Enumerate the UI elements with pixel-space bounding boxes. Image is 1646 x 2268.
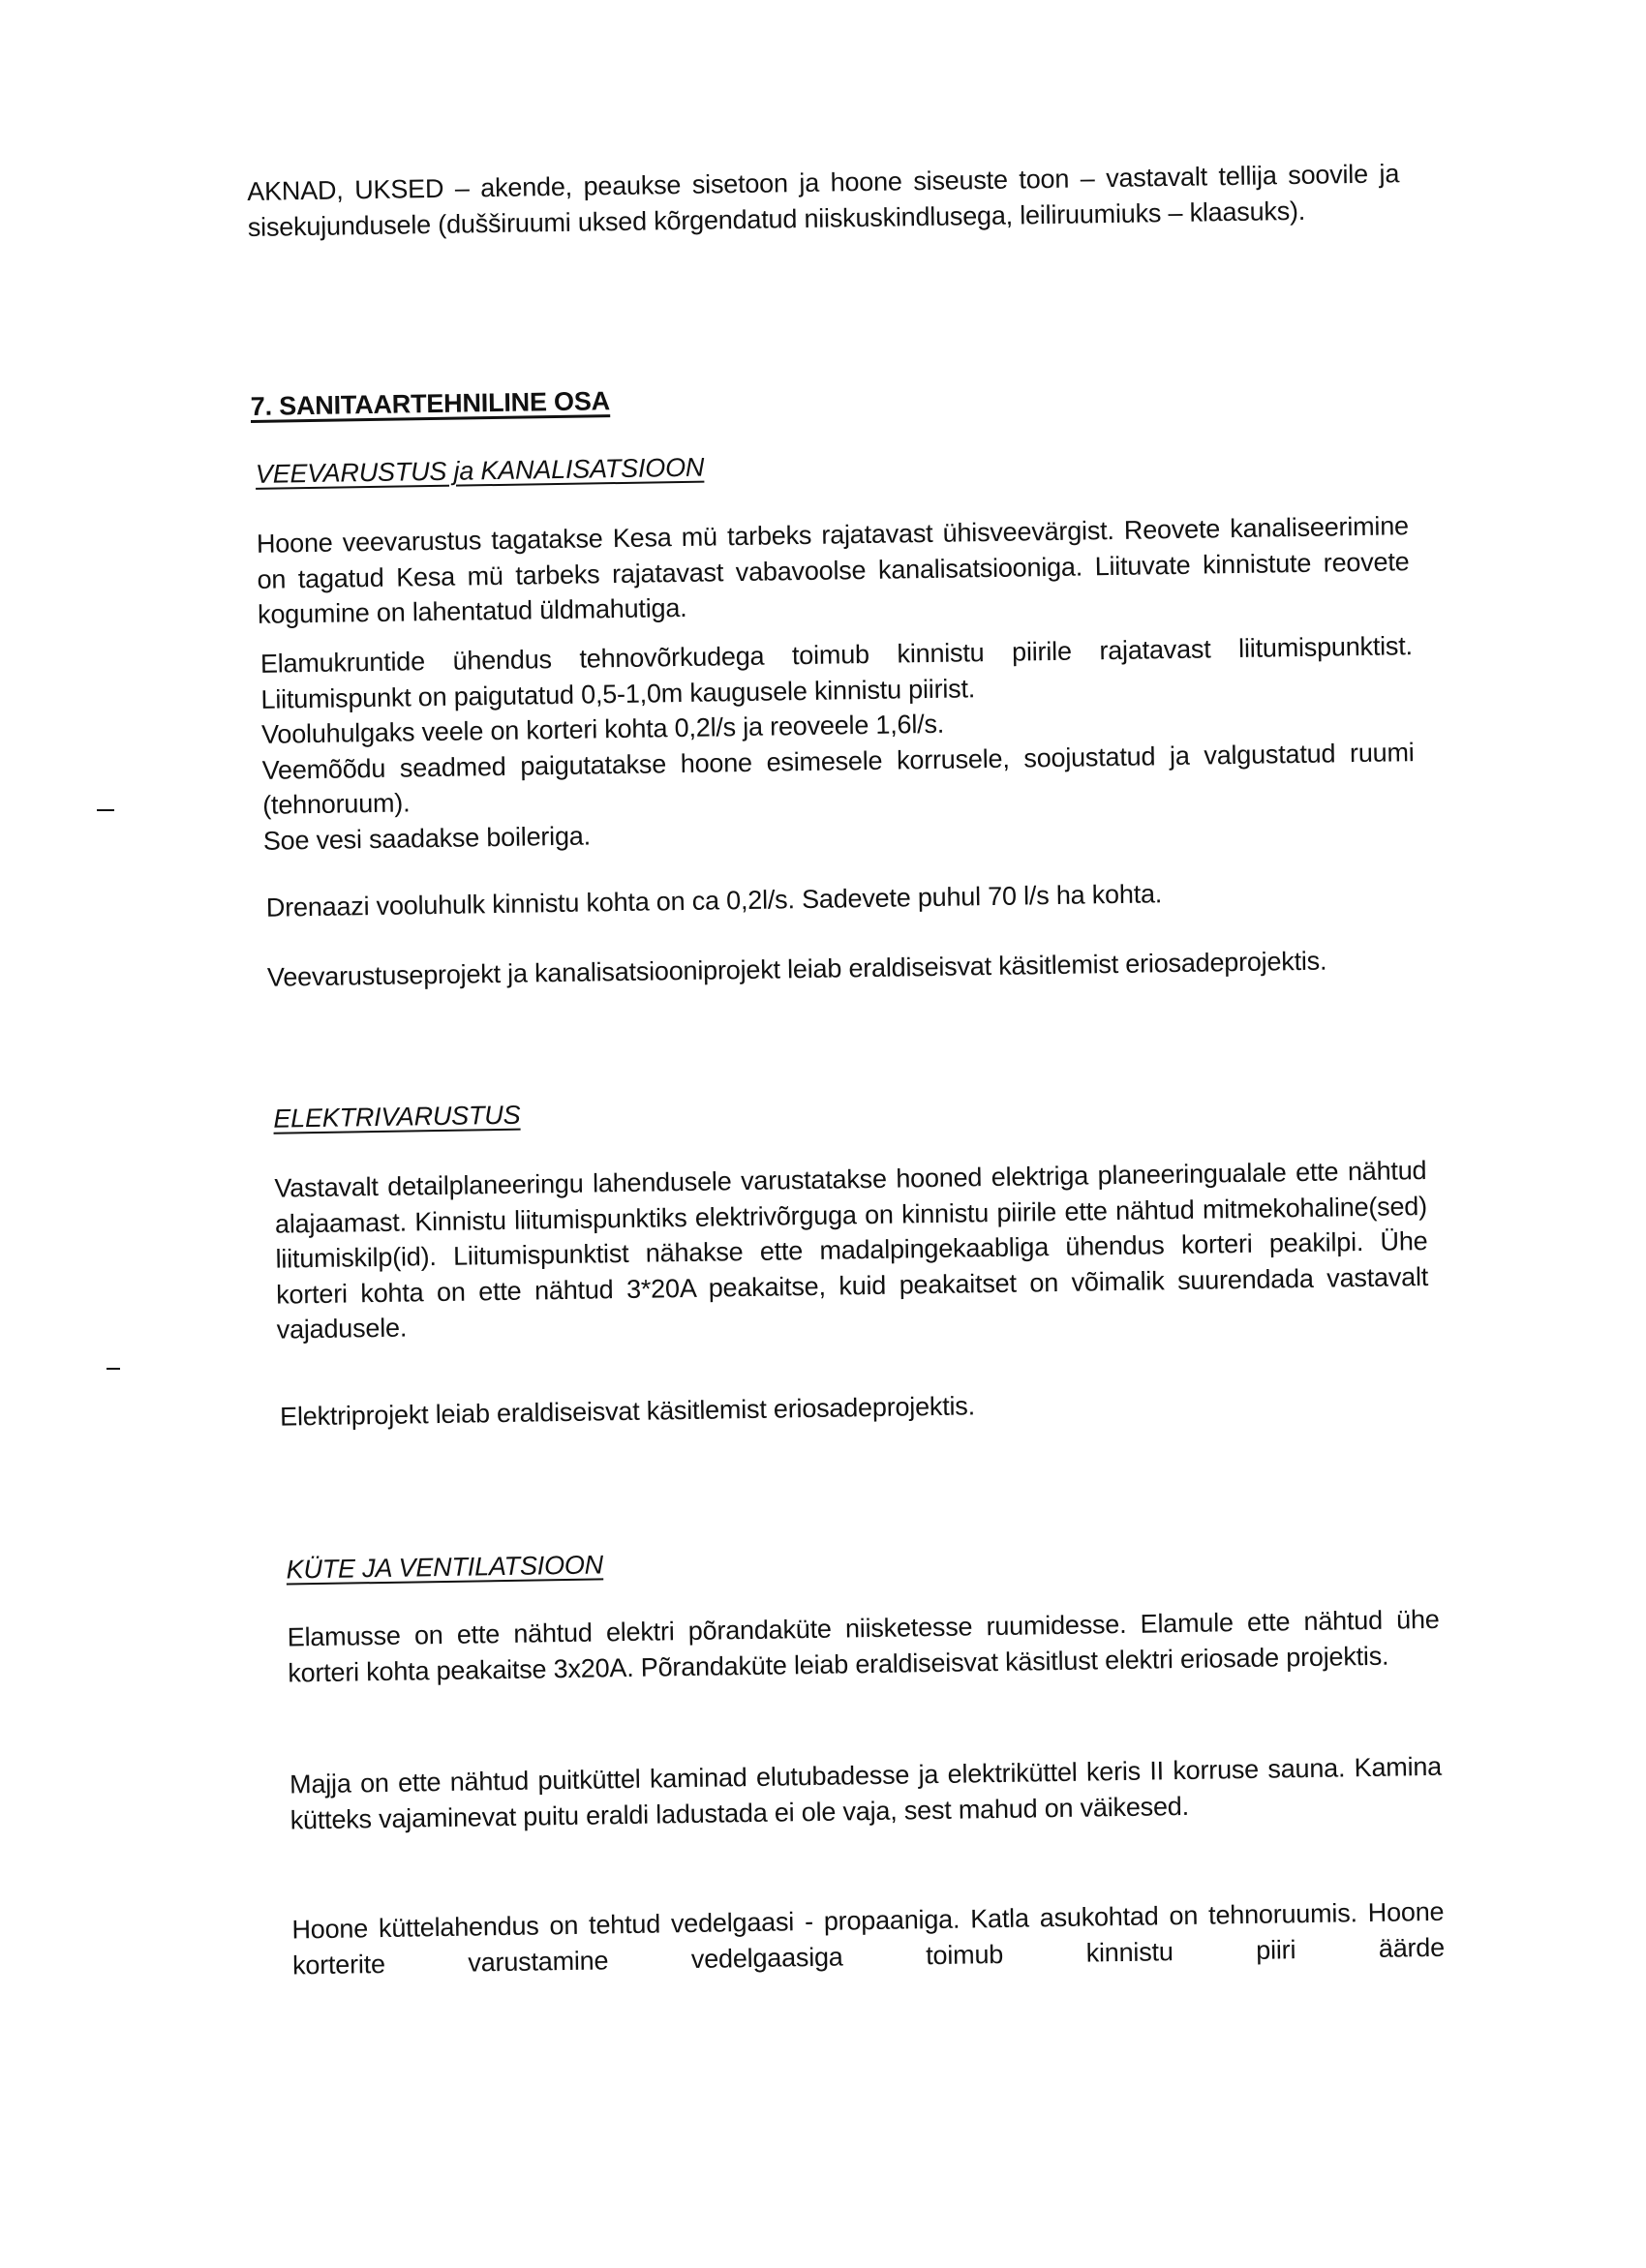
- paragraph: Hoone veevarustus tagatakse Kesa mü tarb…: [257, 508, 1411, 632]
- paragraph: Veevarustuseprojekt ja kanalisatsioonipr…: [267, 942, 1419, 995]
- subsection-water: VEEVARUSTUS ja KANALISATSIOON Hoone veev…: [252, 438, 1404, 492]
- subsection-heading: KÜTE JA VENTILATSIOON: [286, 1550, 603, 1584]
- document-body: AKNAD, UKSED – akende, peaukse sisetoon …: [247, 156, 1399, 174]
- subsection-heading: VEEVARUSTUS ja KANALISATSIOON: [256, 453, 705, 489]
- paragraph: Majja on ette nähtud puitküttel kaminad …: [290, 1749, 1443, 1838]
- subsection-electricity: ELEKTRIVARUSTUS Vastavalt detailplaneeri…: [273, 1083, 1425, 1136]
- paragraph: Elamusse on ette nähtud elektri põrandak…: [287, 1602, 1440, 1691]
- scanned-document-page: AKNAD, UKSED – akende, peaukse sisetoon …: [0, 0, 1646, 2268]
- paragraph: Drenaazi vooluhulk kinnistu kohta on ca …: [266, 872, 1418, 925]
- margin-mark: [97, 809, 114, 811]
- intro-paragraph: AKNAD, UKSED – akende, peaukse sisetoon …: [247, 156, 1400, 245]
- section-heading: 7. SANITAARTEHNILINE OSA: [251, 386, 611, 421]
- paragraph: Elektriprojekt leiab eraldiseisvat käsit…: [280, 1381, 1432, 1435]
- subsection-heating: KÜTE JA VENTILATSIOON Elamusse on ette n…: [286, 1534, 1438, 1588]
- paragraph: Vastavalt detailplaneeringu lahendusele …: [274, 1153, 1429, 1347]
- subsection-heading: ELEKTRIVARUSTUS: [273, 1101, 521, 1134]
- margin-mark: [107, 1368, 120, 1370]
- paragraph: Hoone küttelahendus on tehtud vedelgaasi…: [291, 1894, 1445, 1983]
